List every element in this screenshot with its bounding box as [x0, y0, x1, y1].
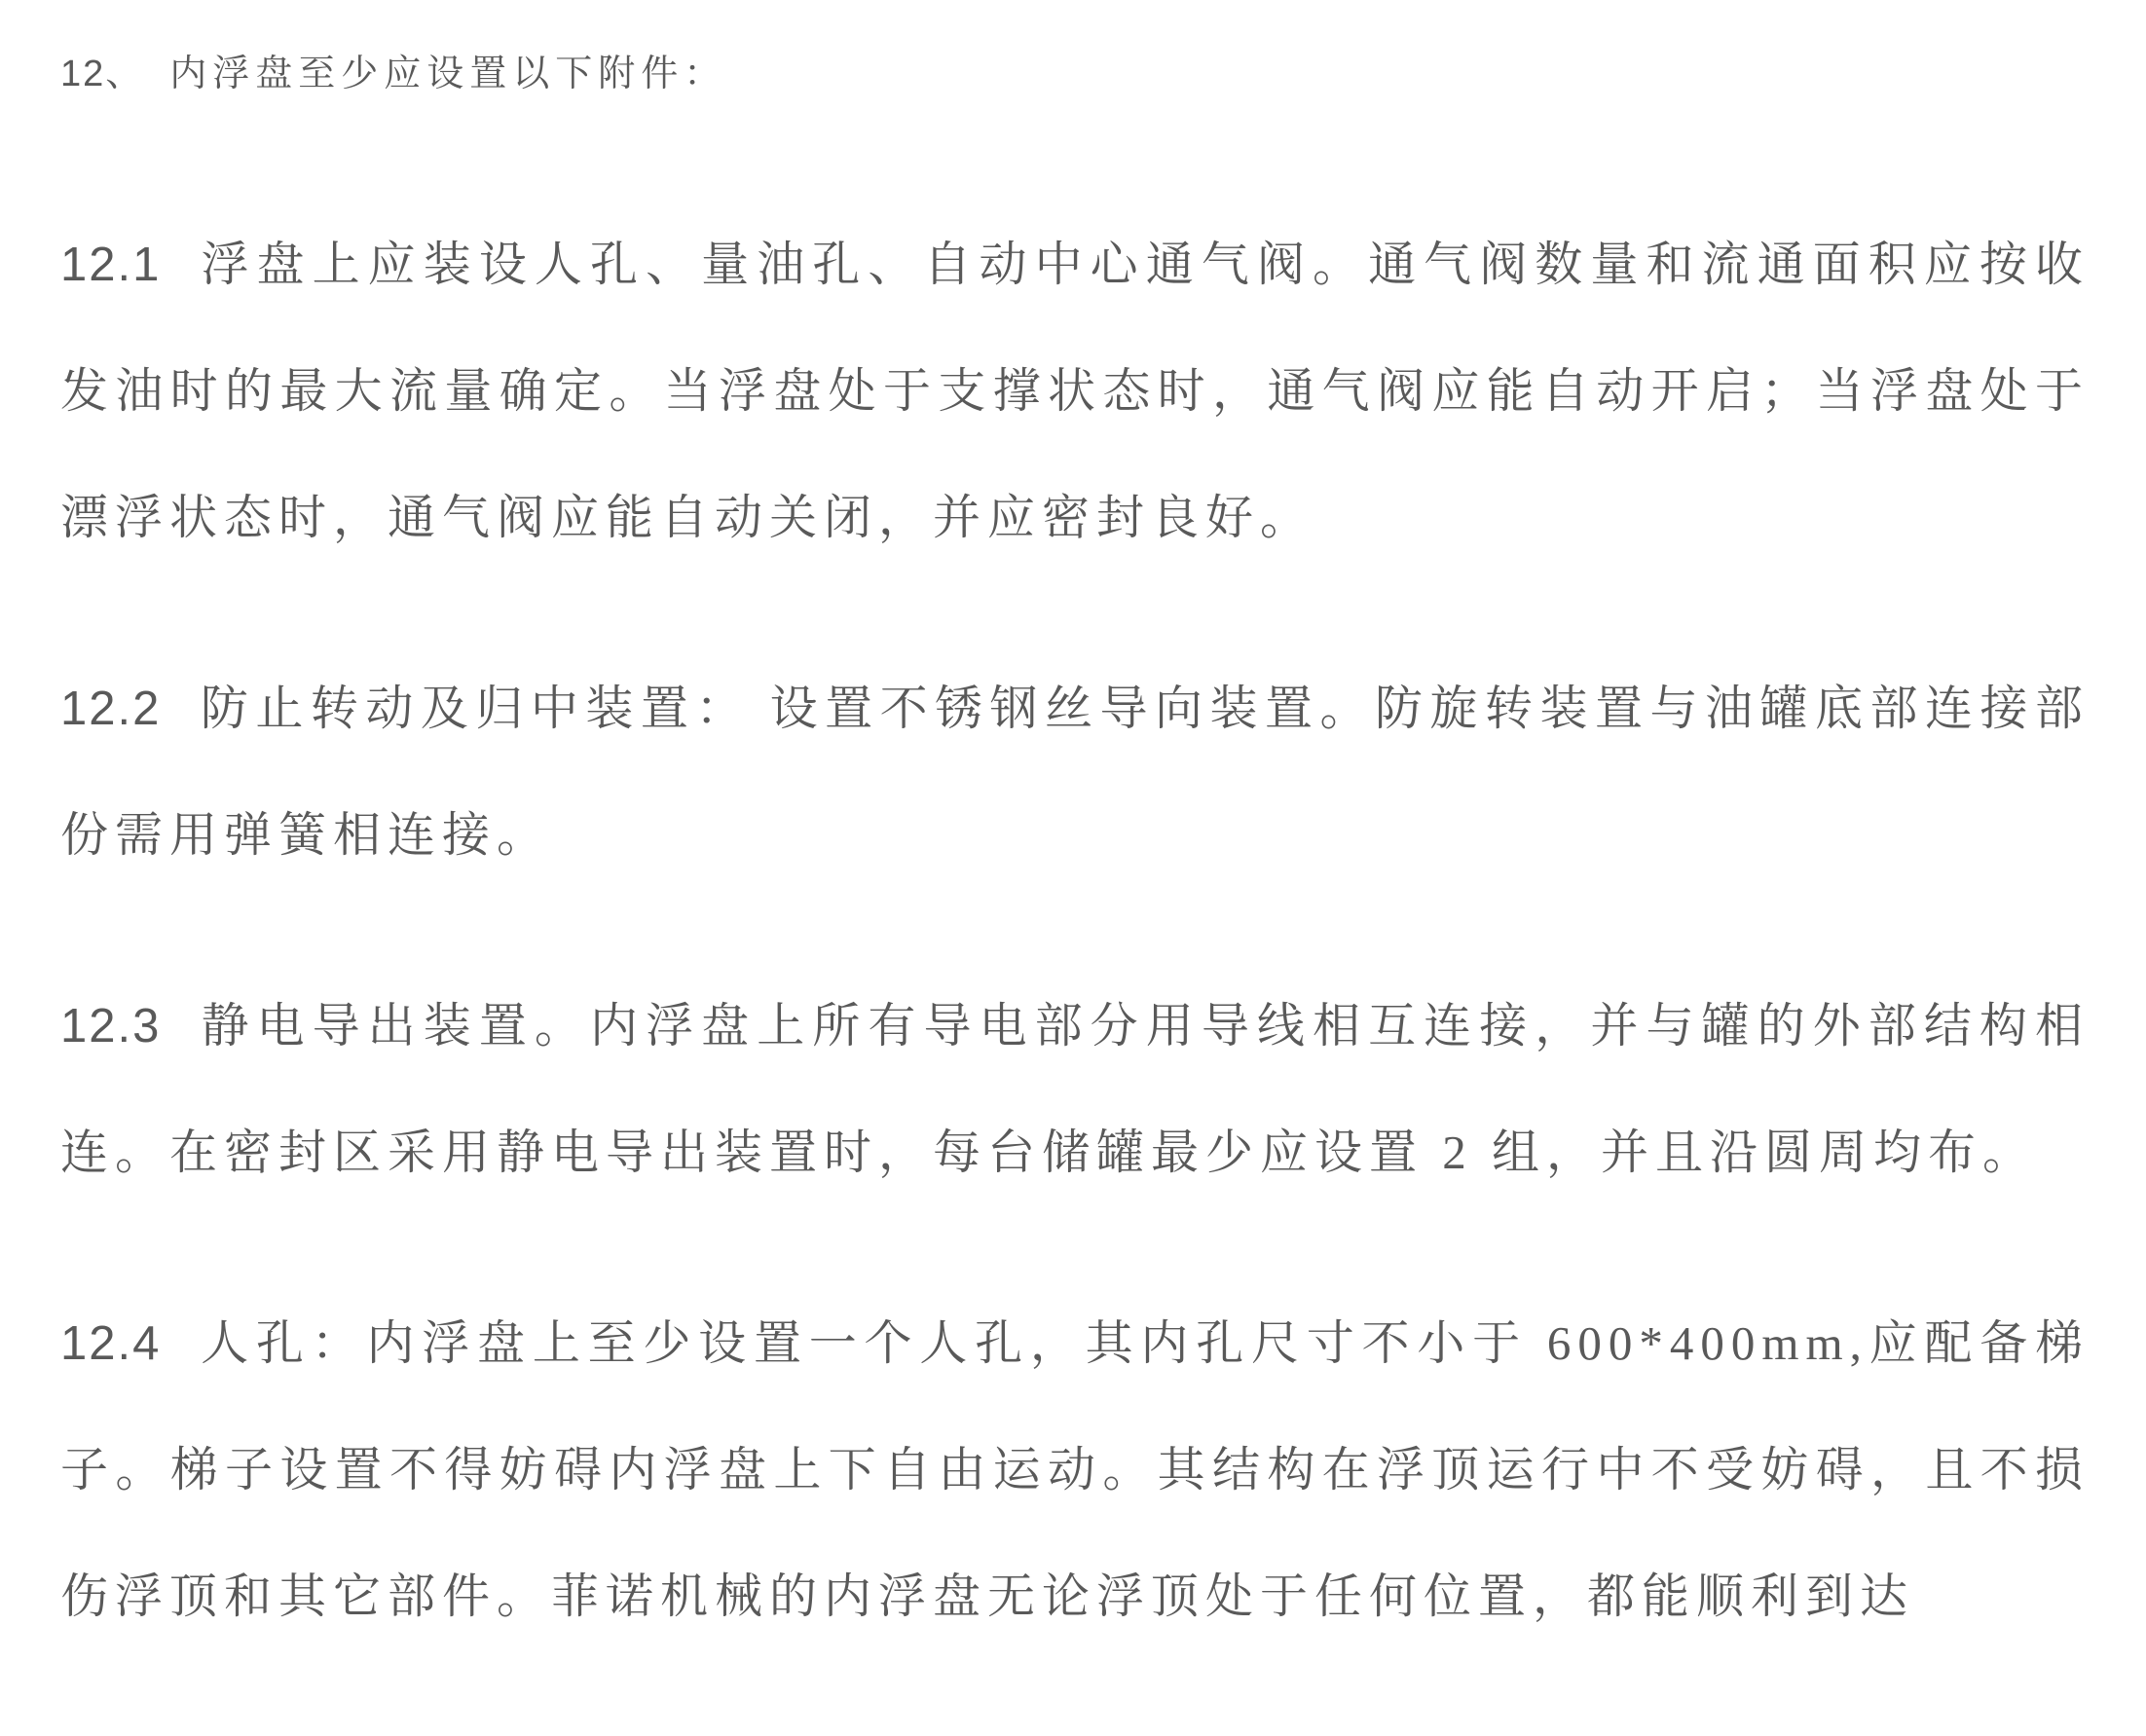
document-page: 12、内浮盘至少应设置以下附件： 12.1浮盘上应装设人孔、量油孔、自动中心通气… [0, 0, 2146, 1736]
section-number: 12.2 [60, 683, 161, 735]
section-number: 12.3 [60, 1000, 161, 1053]
section-text: 人孔：内浮盘上至少设置一个人孔，其内孔尺寸不小于 600*400mm,应配备梯子… [60, 1316, 2090, 1623]
section-paragraph-12-1: 12.1浮盘上应装设人孔、量油孔、自动中心通气阀。通气阀数量和流通面积应按收发油… [60, 202, 2090, 581]
section-paragraph-12-3: 12.3静电导出装置。内浮盘上所有导电部分用导线相互连接，并与罐的外部结构相连。… [60, 963, 2090, 1216]
section-number: 12.4 [60, 1317, 161, 1370]
document-heading: 12、内浮盘至少应设置以下附件： [60, 39, 2090, 109]
heading-number: 12、 [60, 54, 144, 94]
section-text: 防止转动及归中装置： 设置不锈钢丝导向装置。防旋转装置与油罐底部连接部份需用弹簧… [60, 682, 2090, 862]
section-text: 浮盘上应装设人孔、量油孔、自动中心通气阀。通气阀数量和流通面积应按收发油时的最大… [60, 238, 2090, 544]
section-paragraph-12-2: 12.2防止转动及归中装置： 设置不锈钢丝导向装置。防旋转装置与油罐底部连接部份… [60, 646, 2090, 899]
section-paragraph-12-4: 12.4人孔：内浮盘上至少设置一个人孔，其内孔尺寸不小于 600*400mm,应… [60, 1280, 2090, 1660]
section-number: 12.1 [60, 239, 161, 291]
section-text: 静电导出装置。内浮盘上所有导电部分用导线相互连接，并与罐的外部结构相连。在密封区… [60, 999, 2090, 1179]
heading-text: 内浮盘至少应设置以下附件： [169, 54, 726, 94]
